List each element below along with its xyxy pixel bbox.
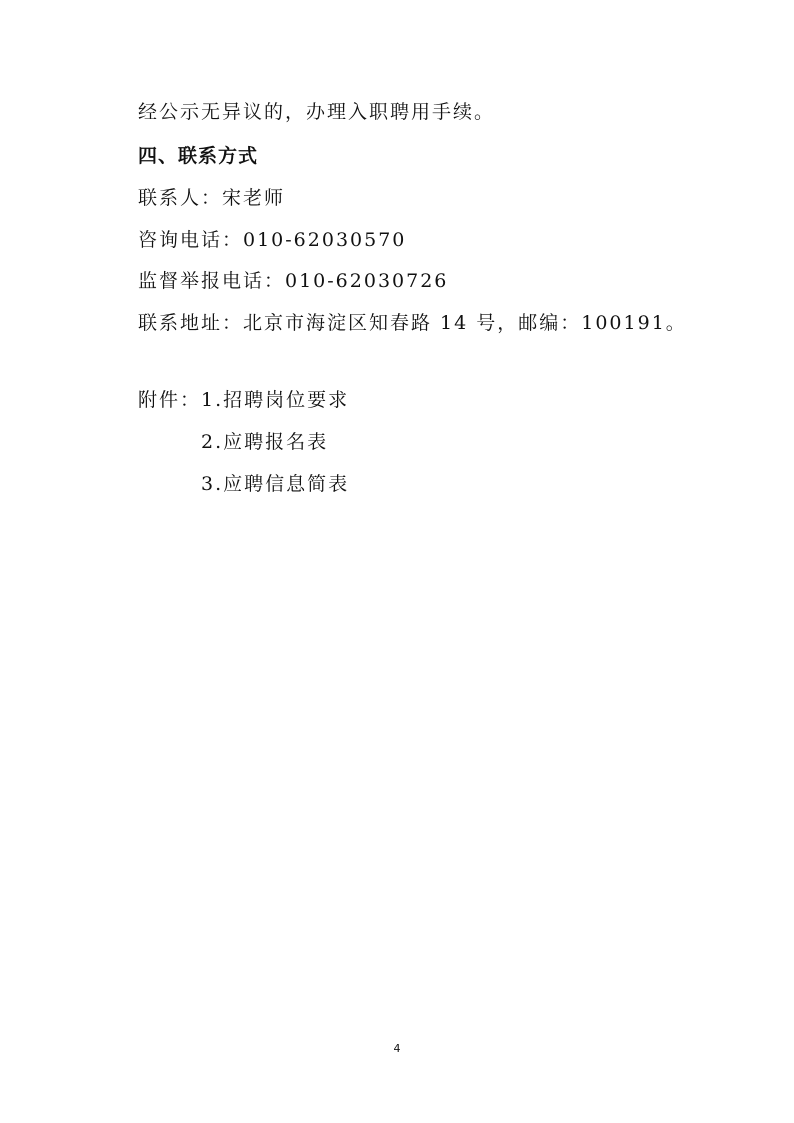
consult-phone: 咨询电话：010-62030570 [138,225,406,252]
contact-address: 联系地址：北京市海淀区知春路 14 号，邮编：100191。 [138,308,687,335]
contact-person: 联系人：宋老师 [138,183,285,210]
attachment-item: 2.应聘报名表 [201,427,328,454]
attachments-first: 附件：1.招聘岗位要求 [138,385,349,412]
page-number: 4 [0,1042,794,1055]
paragraph-continuation: 经公示无异议的，办理入职聘用手续。 [138,97,495,124]
section-heading-contact: 四、联系方式 [138,141,258,168]
attachment-item: 3.应聘信息简表 [201,469,349,496]
report-phone: 监督举报电话：010-62030726 [138,266,448,293]
